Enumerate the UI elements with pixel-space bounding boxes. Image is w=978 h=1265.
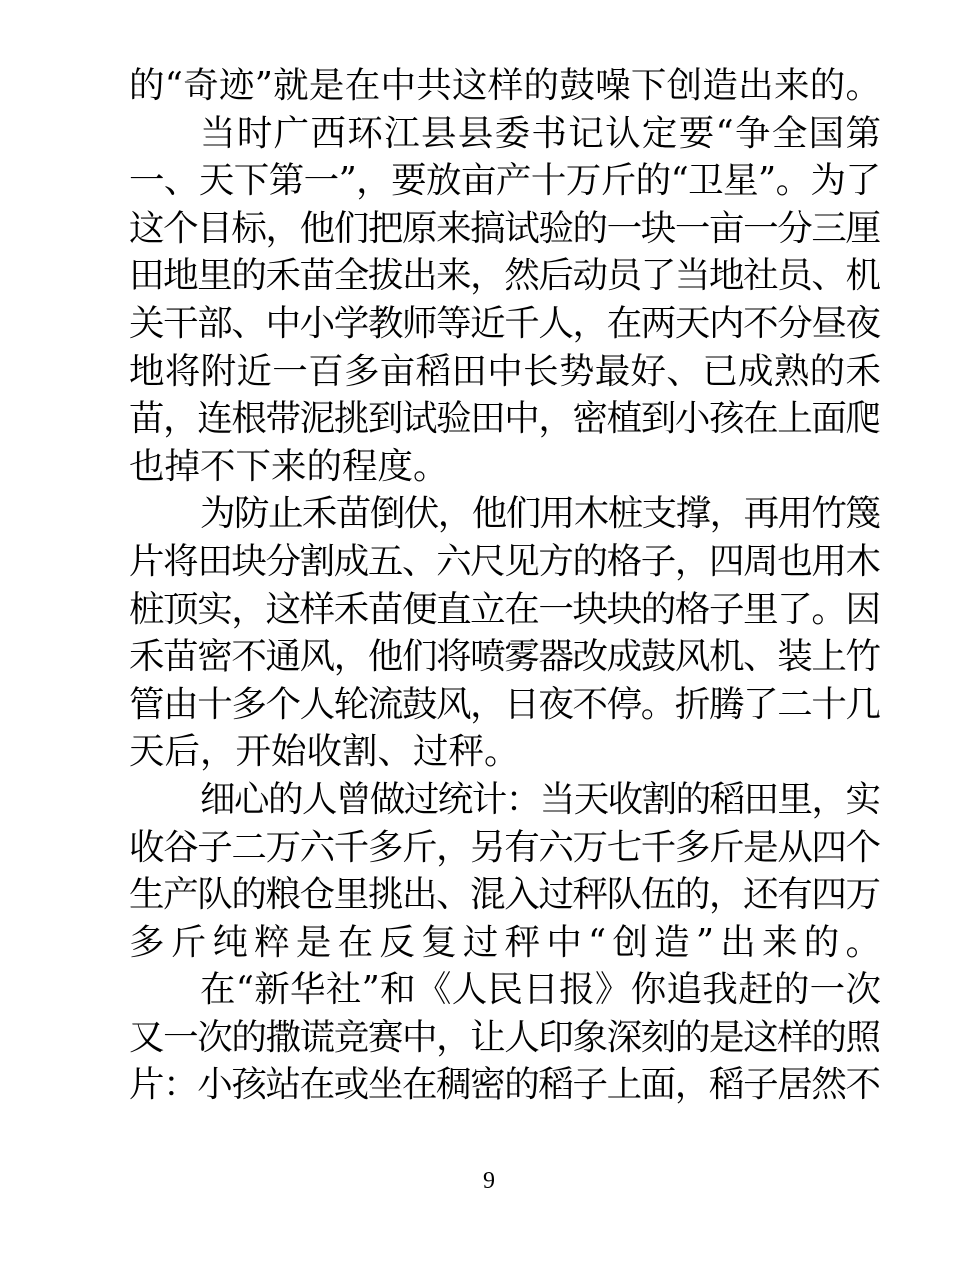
paragraph-start-line: 为防止禾苗倒伏，他们用木桩支撑，再用竹篾 <box>129 490 881 538</box>
line-text: 片：小孩站在或坐在稠密的稻子上面，稻子居然不 <box>129 1061 880 1109</box>
text-line: 也掉不下来的程度。 <box>129 443 881 491</box>
paragraph-start-line: 细心的人曾做过统计：当天收割的稻田里，实 <box>129 776 881 824</box>
text-line: 天后，开始收割、过秤。 <box>129 728 881 776</box>
line-text: 一、天下第一”，要放亩产十万斤的“卫星”。为了 <box>129 157 880 205</box>
line-text: 的“奇迹”就是在中共这样的鼓噪下创造出来的。 <box>129 62 881 110</box>
line-text: 多斤纯粹是在反复过秤中“创造”出来的。 <box>129 919 887 967</box>
text-line: 苗，连根带泥挑到试验田中，密植到小孩在上面爬 <box>129 395 881 443</box>
line-text: 为防止禾苗倒伏，他们用木桩支撑，再用竹篾 <box>200 490 879 538</box>
text-line: 的“奇迹”就是在中共这样的鼓噪下创造出来的。 <box>129 62 881 110</box>
line-text: 这个目标，他们把原来搞试验的一块一亩一分三厘 <box>129 205 880 253</box>
text-line: 桩顶实，这样禾苗便直立在一块块的格子里了。因 <box>129 586 881 634</box>
text-line: 禾苗密不通风，他们将喷雾器改成鼓风机、装上竹 <box>129 633 881 681</box>
line-text: 关干部、中小学教师等近千人，在两天内不分昼夜 <box>129 300 880 348</box>
line-text: 细心的人曾做过统计：当天收割的稻田里，实 <box>200 776 879 824</box>
text-line: 生产队的粮仓里挑出、混入过秤队伍的，还有四万 <box>129 871 881 919</box>
line-text: 管由十多个人轮流鼓风，日夜不停。折腾了二十几 <box>129 681 880 729</box>
line-text: 天后，开始收割、过秤。 <box>129 728 520 776</box>
text-line: 地将附近一百多亩稻田中长势最好、已成熟的禾 <box>129 348 881 396</box>
text-line: 片将田块分割成五、六尺见方的格子，四周也用木 <box>129 538 881 586</box>
line-text: 桩顶实，这样禾苗便直立在一块块的格子里了。因 <box>129 586 880 634</box>
text-line: 田地里的禾苗全拔出来，然后动员了当地社员、机 <box>129 252 881 300</box>
text-line: 关干部、中小学教师等近千人，在两天内不分昼夜 <box>129 300 881 348</box>
paragraph-start-line: 在“新华社”和《人民日报》你追我赶的一次 <box>129 966 881 1014</box>
text-line: 管由十多个人轮流鼓风，日夜不停。折腾了二十几 <box>129 681 881 729</box>
text-line: 收谷子二万六千多斤，另有六万七千多斤是从四个 <box>129 824 881 872</box>
line-text: 收谷子二万六千多斤，另有六万七千多斤是从四个 <box>129 824 880 872</box>
line-text: 当时广西环江县县委书记认定要“争全国第 <box>200 110 882 158</box>
line-text: 在“新华社”和《人民日报》你追我赶的一次 <box>200 966 881 1014</box>
line-text: 又一次的撒谎竞赛中，让人印象深刻的是这样的照 <box>129 1014 880 1062</box>
text-line: 多斤纯粹是在反复过秤中“创造”出来的。 <box>129 919 881 967</box>
text-line: 片：小孩站在或坐在稠密的稻子上面，稻子居然不 <box>129 1061 881 1109</box>
text-line: 一、天下第一”，要放亩产十万斤的“卫星”。为了 <box>129 157 881 205</box>
line-text: 生产队的粮仓里挑出、混入过秤队伍的，还有四万 <box>129 871 880 919</box>
paragraph-start-line: 当时广西环江县县委书记认定要“争全国第 <box>129 110 881 158</box>
line-text: 地将附近一百多亩稻田中长势最好、已成熟的禾 <box>129 348 881 396</box>
text-line: 又一次的撒谎竞赛中，让人印象深刻的是这样的照 <box>129 1014 881 1062</box>
line-text: 田地里的禾苗全拔出来，然后动员了当地社员、机 <box>129 252 880 300</box>
page-number: 9 <box>0 1164 978 1198</box>
line-text: 片将田块分割成五、六尺见方的格子，四周也用木 <box>129 538 880 586</box>
page-body: 的“奇迹”就是在中共这样的鼓噪下创造出来的。 当时广西环江县县委书记认定要“争全… <box>129 62 881 1109</box>
text-line: 这个目标，他们把原来搞试验的一块一亩一分三厘 <box>129 205 881 253</box>
line-text: 也掉不下来的程度。 <box>129 443 449 491</box>
line-text: 苗，连根带泥挑到试验田中，密植到小孩在上面爬 <box>129 395 880 443</box>
line-text: 禾苗密不通风，他们将喷雾器改成鼓风机、装上竹 <box>129 633 880 681</box>
